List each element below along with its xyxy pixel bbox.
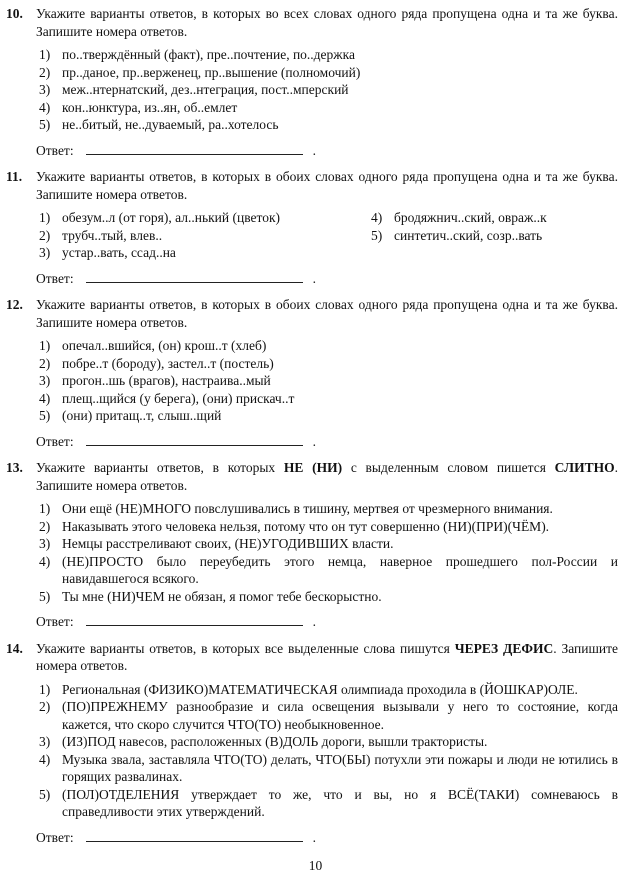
option-number: 2) — [39, 64, 50, 82]
option-item: 5)Ты мне (НИ)ЧЕМ не обязан, я помог тебе… — [36, 588, 618, 606]
question-number: 11. — [6, 168, 36, 287]
option-item: 2)побре..т (бороду), застел..т (постель) — [36, 355, 618, 373]
option-text: Они ещё (НЕ)МНОГО повслушивались в тишин… — [62, 501, 553, 516]
option-number: 1) — [39, 337, 50, 355]
option-text: трубч..тый, влев.. — [62, 228, 162, 243]
option-item: 4)(НЕ)ПРОСТО было переубедить этого немц… — [36, 553, 618, 588]
question-intro: Укажите варианты ответов, в которых в об… — [36, 168, 618, 203]
question-block: 11.Укажите варианты ответов, в которых в… — [6, 168, 618, 287]
answer-blank — [86, 433, 303, 446]
option-number: 3) — [39, 372, 50, 390]
question-number: 12. — [6, 296, 36, 450]
option-item: 3)устар..вать, ссад..на — [36, 244, 368, 262]
question-intro: Укажите варианты ответов, в которых все … — [36, 640, 618, 675]
options-columns: 1)обезум..л (от горя), ал..нький (цветок… — [36, 209, 618, 262]
option-number: 1) — [39, 46, 50, 64]
option-item: 3)меж..нтернатский, дез..нтеграция, пост… — [36, 81, 618, 99]
option-text: (НЕ)ПРОСТО было переубедить этого немца,… — [62, 554, 618, 587]
option-number: 2) — [39, 698, 50, 716]
question-block: 13.Укажите варианты ответов, в которых Н… — [6, 459, 618, 631]
option-number: 3) — [39, 733, 50, 751]
question-body: Укажите варианты ответов, в которых все … — [36, 640, 618, 847]
answer-row: Ответ:. — [36, 270, 618, 288]
options-column: 4)бродяжнич..ский, овраж..к5)синтетич..с… — [368, 209, 618, 262]
option-item: 5)не..битый, не..дуваемый, ра..хотелось — [36, 116, 618, 134]
options-list: 1)Региональная (ФИЗИКО)МАТЕМАТИЧЕСКАЯ ол… — [36, 681, 618, 821]
question-number: 14. — [6, 640, 36, 847]
option-text: Ты мне (НИ)ЧЕМ не обязан, я помог тебе б… — [62, 589, 382, 604]
option-item: 4)кон..юнктура, из..ян, об..емлет — [36, 99, 618, 117]
option-item: 1)опечал..вшийся, (он) крош..т (хлеб) — [36, 337, 618, 355]
answer-blank — [86, 829, 303, 842]
option-item: 4)бродяжнич..ский, овраж..к — [368, 209, 618, 227]
option-item: 3)(ИЗ)ПОД навесов, расположенных (В)ДОЛЬ… — [36, 733, 618, 751]
answer-row: Ответ:. — [36, 142, 618, 160]
option-number: 4) — [371, 209, 382, 227]
option-number: 5) — [371, 227, 382, 245]
option-text: синтетич..ский, созр..вать — [394, 228, 542, 243]
question-intro: Укажите варианты ответов, в которых НЕ (… — [36, 459, 618, 494]
option-number: 2) — [39, 518, 50, 536]
option-text: пр..даное, пр..верженец, пр..вышение (по… — [62, 65, 360, 80]
option-text: бродяжнич..ский, овраж..к — [394, 210, 547, 225]
option-text: побре..т (бороду), застел..т (постель) — [62, 356, 274, 371]
option-number: 1) — [39, 681, 50, 699]
option-number: 5) — [39, 407, 50, 425]
options-list: 1)опечал..вшийся, (он) крош..т (хлеб)2)п… — [36, 337, 618, 425]
option-text: Музыка звала, заставляла ЧТО(ТО) делать,… — [62, 752, 618, 785]
option-item: 3)Немцы расстреливают своих, (НЕ)УГОДИВШ… — [36, 535, 618, 553]
option-text: кон..юнктура, из..ян, об..емлет — [62, 100, 237, 115]
question-block: 10.Укажите варианты ответов, в которых в… — [6, 5, 618, 159]
option-item: 2)пр..даное, пр..верженец, пр..вышение (… — [36, 64, 618, 82]
option-text: по..тверждённый (факт), пре..почтение, п… — [62, 47, 355, 62]
option-number: 4) — [39, 553, 50, 571]
option-item: 1)обезум..л (от горя), ал..нький (цветок… — [36, 209, 368, 227]
options-list: 1)по..тверждённый (факт), пре..почтение,… — [36, 46, 618, 134]
option-number: 1) — [39, 500, 50, 518]
option-number: 4) — [39, 390, 50, 408]
option-text: меж..нтернатский, дез..нтеграция, пост..… — [62, 82, 349, 97]
option-text: Региональная (ФИЗИКО)МАТЕМАТИЧЕСКАЯ олим… — [62, 682, 578, 697]
answer-blank — [86, 270, 303, 283]
option-item: 5)синтетич..ский, созр..вать — [368, 227, 618, 245]
questions: 10.Укажите варианты ответов, в которых в… — [6, 5, 618, 846]
question-number: 13. — [6, 459, 36, 631]
option-item: 2)трубч..тый, влев.. — [36, 227, 368, 245]
option-text: плещ..щийся (у берега), (они) прискач..т — [62, 391, 294, 406]
question-body: Укажите варианты ответов, в которых в об… — [36, 296, 618, 450]
question-intro: Укажите варианты ответов, в которых во в… — [36, 5, 618, 40]
question-block: 12.Укажите варианты ответов, в которых в… — [6, 296, 618, 450]
option-text: (ПОЛ)ОТДЕЛЕНИЯ утверждает то же, что и в… — [62, 787, 618, 820]
option-number: 1) — [39, 209, 50, 227]
option-text: (ИЗ)ПОД навесов, расположенных (В)ДОЛЬ д… — [62, 734, 487, 749]
option-text: обезум..л (от горя), ал..нький (цветок) — [62, 210, 280, 225]
question-body: Укажите варианты ответов, в которых НЕ (… — [36, 459, 618, 631]
question-intro: Укажите варианты ответов, в которых в об… — [36, 296, 618, 331]
answer-label: Ответ: — [36, 271, 74, 286]
option-item: 5)(ПОЛ)ОТДЕЛЕНИЯ утверждает то же, что и… — [36, 786, 618, 821]
answer-row: Ответ:. — [36, 433, 618, 451]
option-number: 4) — [39, 751, 50, 769]
answer-period: . — [313, 614, 316, 629]
answer-period: . — [313, 271, 316, 286]
question-block: 14.Укажите варианты ответов, в которых в… — [6, 640, 618, 847]
options-column: 1)обезум..л (от горя), ал..нький (цветок… — [36, 209, 368, 262]
answer-row: Ответ:. — [36, 829, 618, 847]
option-item: 5)(они) притащ..т, слыш..щий — [36, 407, 618, 425]
option-number: 3) — [39, 244, 50, 262]
answer-row: Ответ:. — [36, 613, 618, 631]
option-text: (они) притащ..т, слыш..щий — [62, 408, 221, 423]
answer-period: . — [313, 830, 316, 845]
answer-blank — [86, 142, 303, 155]
option-item: 2)Наказывать этого человека нельзя, пото… — [36, 518, 618, 536]
option-item: 1)Региональная (ФИЗИКО)МАТЕМАТИЧЕСКАЯ ол… — [36, 681, 618, 699]
option-number: 2) — [39, 355, 50, 373]
question-number: 10. — [6, 5, 36, 159]
answer-label: Ответ: — [36, 143, 74, 158]
option-number: 3) — [39, 81, 50, 99]
option-item: 3)прогон..шь (врагов), настраива..мый — [36, 372, 618, 390]
option-number: 3) — [39, 535, 50, 553]
option-number: 4) — [39, 99, 50, 117]
option-item: 2)(ПО)ПРЕЖНЕМУ разнообразие и сила освещ… — [36, 698, 618, 733]
option-item: 4)Музыка звала, заставляла ЧТО(ТО) делат… — [36, 751, 618, 786]
option-text: опечал..вшийся, (он) крош..т (хлеб) — [62, 338, 266, 353]
option-number: 5) — [39, 786, 50, 804]
option-text: Немцы расстреливают своих, (НЕ)УГОДИВШИХ… — [62, 536, 394, 551]
option-item: 1)Они ещё (НЕ)МНОГО повслушивались в тиш… — [36, 500, 618, 518]
answer-label: Ответ: — [36, 830, 74, 845]
option-text: устар..вать, ссад..на — [62, 245, 176, 260]
option-text: (ПО)ПРЕЖНЕМУ разнообразие и сила освещен… — [62, 699, 618, 732]
option-item: 1)по..тверждённый (факт), пре..почтение,… — [36, 46, 618, 64]
question-body: Укажите варианты ответов, в которых в об… — [36, 168, 618, 287]
option-item: 4)плещ..щийся (у берега), (они) прискач.… — [36, 390, 618, 408]
answer-period: . — [313, 434, 316, 449]
option-number: 2) — [39, 227, 50, 245]
answer-period: . — [313, 143, 316, 158]
answer-label: Ответ: — [36, 434, 74, 449]
answer-label: Ответ: — [36, 614, 74, 629]
option-text: Наказывать этого человека нельзя, потому… — [62, 519, 549, 534]
answer-blank — [86, 613, 303, 626]
options-list: 1)Они ещё (НЕ)МНОГО повслушивались в тиш… — [36, 500, 618, 605]
document-page: 10.Укажите варианты ответов, в которых в… — [0, 0, 631, 846]
option-number: 5) — [39, 116, 50, 134]
question-body: Укажите варианты ответов, в которых во в… — [36, 5, 618, 159]
option-number: 5) — [39, 588, 50, 606]
page-number: 10 — [0, 857, 631, 875]
option-text: не..битый, не..дуваемый, ра..хотелось — [62, 117, 279, 132]
option-text: прогон..шь (врагов), настраива..мый — [62, 373, 271, 388]
